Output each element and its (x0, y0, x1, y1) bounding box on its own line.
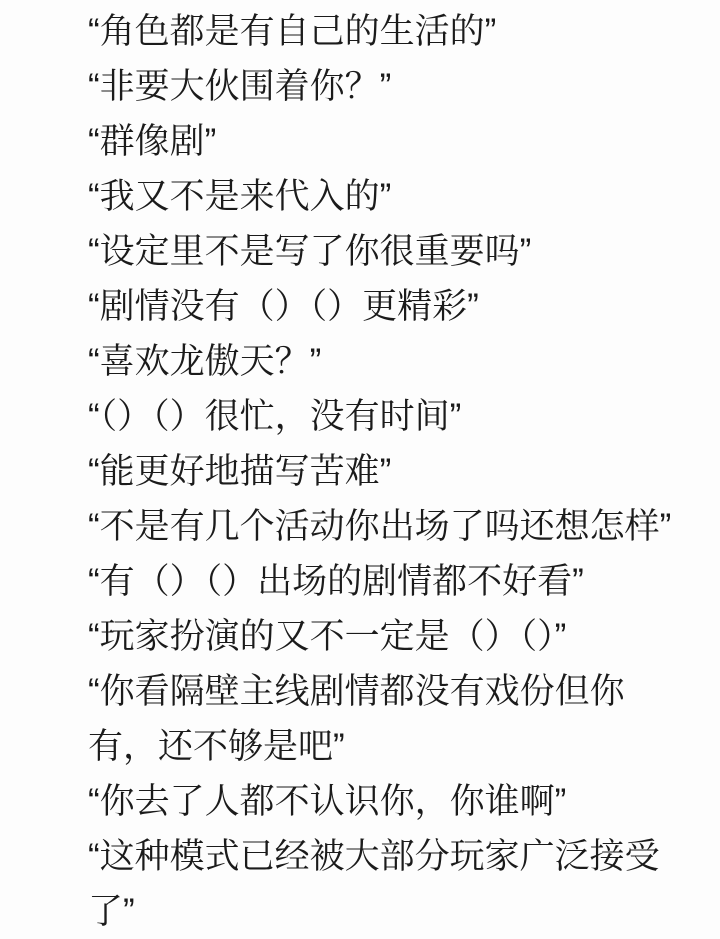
quote-line: “我又不是来代入的” (88, 169, 710, 224)
quote-line: “这种模式已经被大部分玩家广泛接受 (88, 829, 710, 884)
quote-line: 了” (88, 884, 710, 939)
quote-line: “你去了人都不认识你，你谁啊” (88, 774, 710, 829)
quote-line: “玩家扮演的又不一定是（）（）” (88, 609, 710, 664)
quote-line: “你看隔壁主线剧情都没有戏份但你 (88, 664, 710, 719)
quote-line: “群像剧” (88, 114, 710, 169)
quote-line: “不是有几个活动你出场了吗还想怎样” (88, 499, 710, 554)
quote-line: “喜欢龙傲天？” (88, 334, 710, 389)
quote-line: “角色都是有自己的生活的” (88, 4, 710, 59)
quote-line: “剧情没有（）（）更精彩” (88, 279, 710, 334)
quote-line: “设定里不是写了你很重要吗” (88, 224, 710, 279)
quote-list: “角色都是有自己的生活的”“非要大伙围着你？”“群像剧”“我又不是来代入的”“设… (0, 0, 720, 939)
quote-line: “有（）（）出场的剧情都不好看” (88, 554, 710, 609)
quote-line: “非要大伙围着你？” (88, 59, 710, 114)
screenshot-page: “角色都是有自己的生活的”“非要大伙围着你？”“群像剧”“我又不是来代入的”“设… (0, 0, 720, 939)
quote-line: 有，还不够是吧” (88, 719, 710, 774)
quote-line: “能更好地描写苦难” (88, 444, 710, 499)
quote-line: “（）（）很忙，没有时间” (88, 389, 710, 444)
